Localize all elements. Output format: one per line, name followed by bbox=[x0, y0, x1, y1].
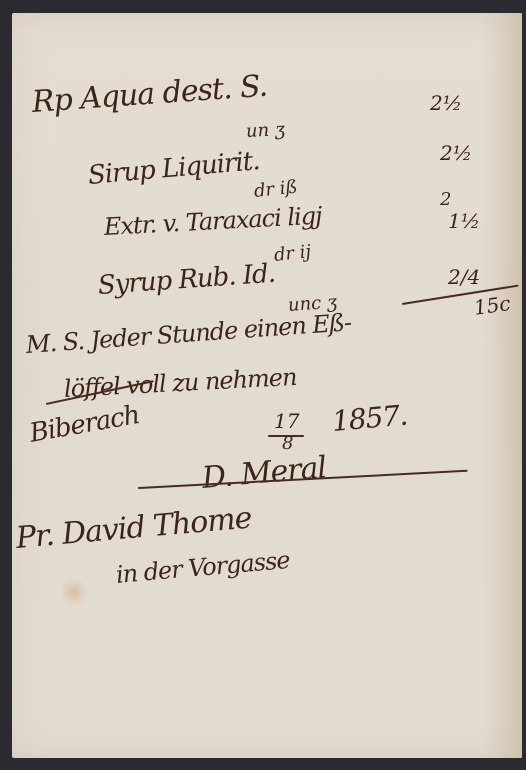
handwriting-line-3b: dr ij bbox=[273, 241, 312, 266]
handwriting-line-syrup: Syrup Rub. Id. bbox=[97, 259, 276, 301]
patient-address: in der Vorgasse bbox=[115, 546, 291, 589]
paper-stain bbox=[60, 578, 88, 606]
paper-edge-shading bbox=[482, 13, 522, 758]
handwriting-place: Biberach bbox=[27, 400, 141, 449]
handwriting-line-instructions: M. S. Jeder Stunde einen Eß- bbox=[25, 308, 352, 359]
handwriting-line-sirup: Sirup Liquirit. bbox=[87, 146, 261, 191]
date-fraction-top: 17 bbox=[274, 409, 299, 433]
handwriting-line-1b: un ʒ bbox=[245, 119, 285, 142]
handwriting-line-2b: dr iß bbox=[253, 176, 299, 201]
amount-line-4: 2/4 bbox=[448, 265, 480, 289]
date-fraction-bottom: 8 bbox=[282, 433, 293, 454]
prescription-paper: Rp Aqua dest. S. 2½ un ʒ Sirup Liquirit.… bbox=[12, 13, 522, 758]
amount-line-3: 1½ bbox=[448, 209, 480, 233]
doctor-signature: D. Meral bbox=[200, 450, 327, 496]
patient-name: Pr. David Thome bbox=[14, 500, 252, 555]
amount-line-2: 2½ bbox=[440, 141, 472, 165]
amount-line-3-top: 2 bbox=[440, 189, 451, 210]
amount-line-4b: 15c bbox=[472, 291, 512, 320]
amount-line-1: 2½ bbox=[430, 91, 462, 115]
date-year: 1857. bbox=[331, 399, 409, 438]
handwriting-line-extr: Extr. v. Taraxaci ligj bbox=[103, 202, 322, 241]
handwriting-line-instructions-2: löffel voll zu nehmen bbox=[63, 363, 297, 403]
handwriting-line-rp: Rp Aqua dest. S. bbox=[31, 69, 268, 120]
